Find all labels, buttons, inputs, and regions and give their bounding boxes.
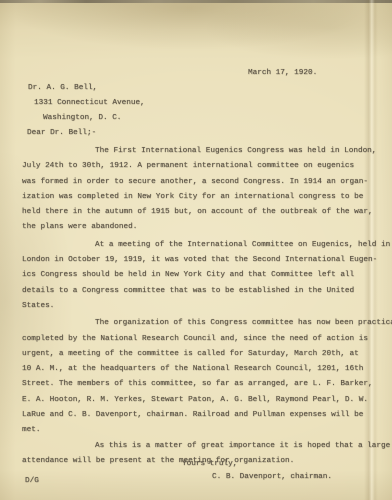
letter-line: details to a Congress committee that was…: [22, 284, 384, 299]
paragraph: The organization of this Congress commit…: [22, 316, 384, 438]
letter-line: E. A. Hooton, R. M. Yerkes, Stewart Pato…: [22, 393, 384, 408]
letter-line: ics Congress should be held in New York …: [22, 268, 384, 283]
letter-line: urgent, a meeting of the committee is ca…: [22, 347, 384, 362]
letter-line: The First International Eugenics Congres…: [22, 144, 384, 159]
letter-page: March 17, 1920. Dr. A. G. Bell, 1331 Con…: [0, 0, 392, 500]
letter-line: The organization of this Congress commit…: [22, 316, 384, 331]
letter-line: completed by the National Research Counc…: [22, 332, 384, 347]
letter-line: As this is a matter of great importance …: [22, 439, 384, 454]
recipient-city: Washington, D. C.: [43, 114, 121, 122]
letter-line: States.: [22, 299, 384, 314]
letter-date: March 17, 1920.: [248, 69, 317, 77]
letter-body: The First International Eugenics Congres…: [22, 144, 384, 469]
letter-line: 10 A. M., at the headquarters of the Nat…: [22, 362, 384, 377]
letter-line: held there in the autumn of 1915 but, on…: [22, 205, 384, 220]
recipient-name: Dr. A. G. Bell,: [28, 84, 97, 92]
salutation: Dear Dr. Bell;-: [27, 129, 96, 137]
paragraph: At a meeting of the International Commit…: [22, 238, 384, 314]
paragraph: The First International Eugenics Congres…: [22, 144, 384, 236]
letter-line: At a meeting of the International Commit…: [22, 238, 384, 253]
letter-line: Street. The members of this committee, s…: [22, 377, 384, 392]
letter-line: July 24th to 30th, 1912. A permanent int…: [22, 159, 384, 174]
letter-line: the plans were abandoned.: [22, 220, 384, 235]
recipient-street: 1331 Connecticut Avenue,: [34, 99, 145, 107]
scan-edge: [0, 0, 392, 3]
typist-initials: D/G: [25, 477, 39, 485]
letter-line: met.: [22, 423, 384, 438]
letter-line: ization was completed in New York City f…: [22, 190, 384, 205]
signature-line: C. B. Davenport, chairman.: [212, 473, 332, 481]
letter-line: LaRue and C. B. Davenport, chairman. Rai…: [22, 408, 384, 423]
letter-line: was formed in order to secure another, a…: [22, 175, 384, 190]
closing-phrase: Yours truly,: [182, 460, 237, 468]
letter-line: London in October 19, 1919, it was voted…: [22, 253, 384, 268]
